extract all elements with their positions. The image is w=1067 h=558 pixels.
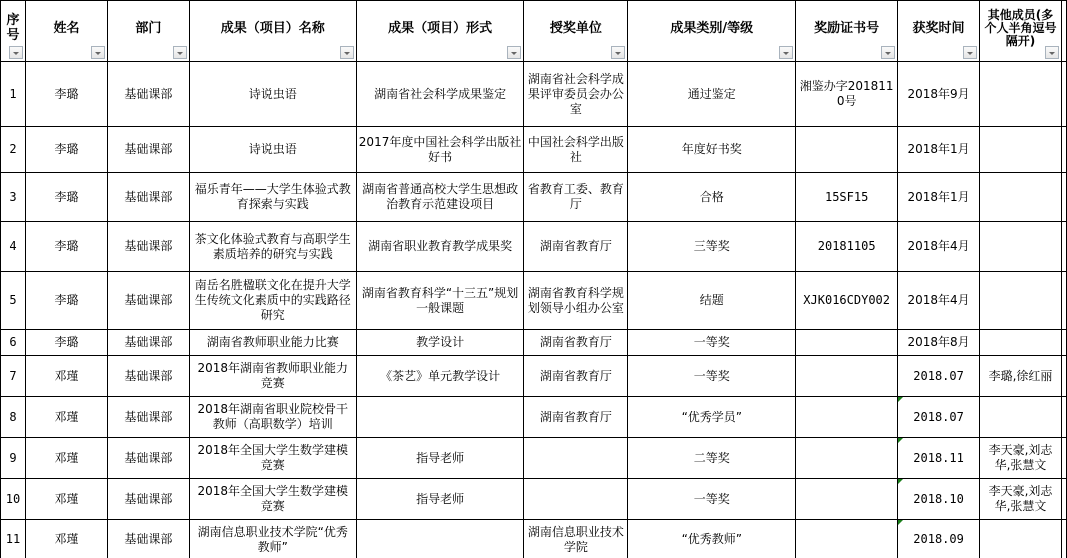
cell-cert[interactable]: 20181105 [796, 222, 898, 272]
cell-value: 2017年度中国社会科学出版社好书 [359, 135, 522, 164]
cell-value: 通过鉴定 [688, 87, 736, 101]
cell-value: 湘鉴办字2018110号 [800, 79, 894, 108]
cell-members[interactable]: 李天豪,刘志华,张慧文 [980, 479, 1062, 520]
cell-value: 基础课部 [124, 335, 172, 349]
column-header-label: 成果（项目）名称 [192, 21, 354, 42]
cell-value: 教学设计 [416, 335, 464, 349]
cell-seq[interactable]: 11 [1, 520, 26, 558]
cell-value: 1 [9, 87, 16, 101]
cell-cert[interactable] [796, 330, 898, 356]
cell-issuer[interactable]: 湖南省教育厅 [524, 222, 628, 272]
cell-category[interactable]: 一等奖 [628, 356, 796, 397]
table-row: 1李璐基础课部诗说虫语湖南省社会科学成果鉴定湖南省社会科学成果评审委员会办公室通… [1, 62, 1067, 127]
cell-value: 结题 [700, 293, 724, 307]
cell-dept[interactable]: 基础课部 [107, 356, 189, 397]
column-header-seq[interactable]: 序号 [1, 1, 26, 62]
cell-category[interactable]: 三等奖 [628, 222, 796, 272]
cell-category[interactable]: 通过鉴定 [628, 62, 796, 127]
cell-value: 基础课部 [124, 451, 172, 465]
cell-date[interactable]: 2018年4月 [898, 272, 980, 330]
cell-value: 指导老师 [416, 492, 464, 506]
cell-value: 李天豪,刘志华,张慧文 [989, 443, 1053, 472]
cell-name[interactable]: 邓瑾 [25, 397, 107, 438]
cell-value: 7 [9, 369, 16, 383]
green-triangle-flag-icon [898, 479, 903, 484]
cell-form[interactable]: 2017年度中国社会科学出版社好书 [356, 127, 524, 173]
column-header-label: 部门 [110, 21, 187, 42]
cell-category[interactable]: 结题 [628, 272, 796, 330]
cell-form[interactable]: 指导老师 [356, 438, 524, 479]
cell-dept[interactable]: 基础课部 [107, 330, 189, 356]
table-row: 6李璐基础课部湖南省教师职业能力比赛教学设计湖南省教育厅一等奖2018年8月 [1, 330, 1067, 356]
cell-value: 湖南省教育厅 [540, 335, 612, 349]
empty-cell[interactable] [1061, 479, 1066, 520]
cell-value: 邓瑾 [54, 451, 78, 465]
cell-title[interactable]: 诗说虫语 [189, 127, 356, 173]
table-row: 10邓瑾基础课部2018年全国大学生数学建模竞赛指导老师一等奖2018.10李天… [1, 479, 1067, 520]
filter-dropdown-icon[interactable] [611, 46, 625, 59]
cell-cert[interactable] [796, 356, 898, 397]
cell-issuer[interactable]: 湖南省教育厅 [524, 356, 628, 397]
cell-value: 一等奖 [694, 492, 730, 506]
cell-category[interactable]: “优秀学员” [628, 397, 796, 438]
cell-dept[interactable]: 基础课部 [107, 438, 189, 479]
cell-value: “优秀教师” [682, 532, 742, 546]
cell-value: 李璐 [54, 293, 78, 307]
filter-dropdown-icon[interactable] [963, 46, 977, 59]
cell-seq[interactable]: 2 [1, 127, 26, 173]
cell-value: 2018.09 [913, 532, 964, 546]
cell-seq[interactable]: 10 [1, 479, 26, 520]
cell-value: 邓瑾 [54, 369, 78, 383]
cell-name[interactable]: 李璐 [25, 272, 107, 330]
column-header-form[interactable]: 成果（项目）形式 [356, 1, 524, 62]
cell-title[interactable]: 福乐青年——大学生体验式教育探索与实践 [189, 173, 356, 222]
cell-value: 15SF15 [825, 190, 868, 204]
green-triangle-flag-icon [898, 397, 903, 402]
cell-value: 湖南省教育厅 [540, 239, 612, 253]
cell-name[interactable]: 邓瑾 [25, 479, 107, 520]
empty-column-header[interactable] [1061, 1, 1066, 62]
cell-value: 基础课部 [124, 293, 172, 307]
cell-value: 湖南省普通高校大学生思想政治教育示范建设项目 [362, 182, 518, 211]
cell-dept[interactable]: 基础课部 [107, 127, 189, 173]
cell-issuer[interactable] [524, 479, 628, 520]
cell-value: 南岳名胜楹联文化在提升大学生传统文化素质中的实践路径研究 [195, 278, 351, 322]
empty-cell[interactable] [1061, 330, 1066, 356]
cell-value: 湖南省职业教育教学成果奖 [368, 239, 512, 253]
cell-seq[interactable]: 8 [1, 397, 26, 438]
cell-category[interactable]: 二等奖 [628, 438, 796, 479]
cell-value: 基础课部 [124, 87, 172, 101]
cell-members[interactable] [980, 520, 1062, 558]
cell-value: 李璐 [54, 190, 78, 204]
cell-value: 基础课部 [124, 492, 172, 506]
cell-name[interactable]: 李璐 [25, 173, 107, 222]
cell-cert[interactable] [796, 127, 898, 173]
cell-value: 中国社会科学出版社 [528, 135, 624, 164]
cell-issuer[interactable]: 中国社会科学出版社 [524, 127, 628, 173]
empty-cell[interactable] [1061, 272, 1066, 330]
cell-name[interactable]: 邓瑾 [25, 438, 107, 479]
cell-seq[interactable]: 3 [1, 173, 26, 222]
cell-value: 2018.07 [913, 369, 964, 383]
cell-value: 20181105 [818, 239, 876, 253]
cell-value: 2018年4月 [907, 293, 969, 307]
cell-value: 诗说虫语 [249, 142, 297, 156]
column-header-date[interactable]: 获奖时间 [898, 1, 980, 62]
cell-form[interactable]: 湖南省职业教育教学成果奖 [356, 222, 524, 272]
cell-issuer[interactable] [524, 438, 628, 479]
cell-value: 11 [6, 532, 20, 546]
cell-category[interactable]: 年度好书奖 [628, 127, 796, 173]
empty-cell[interactable] [1061, 222, 1066, 272]
cell-seq[interactable]: 9 [1, 438, 26, 479]
cell-seq[interactable]: 7 [1, 356, 26, 397]
cell-value: 李璐 [54, 335, 78, 349]
table-row: 3李璐基础课部福乐青年——大学生体验式教育探索与实践湖南省普通高校大学生思想政治… [1, 173, 1067, 222]
column-header-label: 获奖时间 [900, 21, 977, 42]
cell-title[interactable]: 2018年全国大学生数学建模竞赛 [189, 438, 356, 479]
cell-seq[interactable]: 6 [1, 330, 26, 356]
cell-issuer[interactable]: 省教育工委、教育厅 [524, 173, 628, 222]
column-header-label: 姓名 [28, 21, 105, 42]
cell-date[interactable]: 2018.07 [898, 356, 980, 397]
cell-value: 2018.11 [913, 451, 964, 465]
cell-cert[interactable] [796, 438, 898, 479]
cell-value: 2018.10 [913, 492, 964, 506]
cell-value: 二等奖 [694, 451, 730, 465]
table-row: 11邓瑾基础课部湖南信息职业技术学院“优秀教师”湖南信息职业技术学院“优秀教师”… [1, 520, 1067, 558]
cell-value: 省教育工委、教育厅 [528, 182, 624, 211]
cell-form[interactable]: 《茶艺》单元教学设计 [356, 356, 524, 397]
cell-title[interactable]: 诗说虫语 [189, 62, 356, 127]
cell-issuer[interactable]: 湖南省教育厅 [524, 330, 628, 356]
green-triangle-flag-icon [898, 520, 903, 525]
column-header-name[interactable]: 姓名 [25, 1, 107, 62]
cell-value: 指导老师 [416, 451, 464, 465]
cell-seq[interactable]: 5 [1, 272, 26, 330]
cell-title[interactable]: 2018年湖南省职业院校骨干教师（高职数学）培训 [189, 397, 356, 438]
cell-value: 年度好书奖 [682, 142, 742, 156]
filter-dropdown-icon[interactable] [1045, 46, 1059, 59]
cell-dept[interactable]: 基础课部 [107, 397, 189, 438]
cell-value: 李璐 [54, 239, 78, 253]
cell-value: 8 [9, 410, 16, 424]
cell-value: 李璐 [54, 142, 78, 156]
empty-cell[interactable] [1061, 356, 1066, 397]
cell-date[interactable]: 2018年1月 [898, 173, 980, 222]
cell-category[interactable]: “优秀教师” [628, 520, 796, 558]
cell-members[interactable] [980, 330, 1062, 356]
cell-value: 2018年湖南省教师职业能力竞赛 [197, 361, 348, 390]
cell-form[interactable]: 教学设计 [356, 330, 524, 356]
cell-name[interactable]: 李璐 [25, 222, 107, 272]
cell-date[interactable]: 2018.09 [898, 520, 980, 558]
cell-dept[interactable]: 基础课部 [107, 62, 189, 127]
green-triangle-flag-icon [898, 438, 903, 443]
cell-form[interactable] [356, 397, 524, 438]
cell-members[interactable] [980, 397, 1062, 438]
cell-members[interactable] [980, 127, 1062, 173]
cell-value: 2018.07 [913, 410, 964, 424]
cell-issuer[interactable]: 湖南省教育科学规划领导小组办公室 [524, 272, 628, 330]
cell-dept[interactable]: 基础课部 [107, 173, 189, 222]
cell-dept[interactable]: 基础课部 [107, 520, 189, 558]
table-row: 7邓瑾基础课部2018年湖南省教师职业能力竞赛《茶艺》单元教学设计湖南省教育厅一… [1, 356, 1067, 397]
empty-cell[interactable] [1061, 520, 1066, 558]
cell-value: 李璐 [54, 87, 78, 101]
cell-value: 2018年全国大学生数学建模竞赛 [197, 443, 348, 472]
cell-members[interactable] [980, 173, 1062, 222]
cell-value: 5 [9, 293, 16, 307]
filter-dropdown-icon[interactable] [779, 46, 793, 59]
filter-dropdown-icon[interactable] [881, 46, 895, 59]
cell-value: 湖南省社会科学成果鉴定 [374, 87, 506, 101]
column-header-label: 成果类别/等级 [630, 21, 793, 42]
column-header-cert[interactable]: 奖励证书号 [796, 1, 898, 62]
cell-dept[interactable]: 基础课部 [107, 479, 189, 520]
cell-value: 2018年4月 [907, 239, 969, 253]
cell-value: 3 [9, 190, 16, 204]
table-row: 9邓瑾基础课部2018年全国大学生数学建模竞赛指导老师二等奖2018.11李天豪… [1, 438, 1067, 479]
cell-name[interactable]: 李璐 [25, 330, 107, 356]
cell-dept[interactable]: 基础课部 [107, 272, 189, 330]
cell-value: 基础课部 [124, 190, 172, 204]
cell-date[interactable]: 2018年8月 [898, 330, 980, 356]
filter-dropdown-icon[interactable] [91, 46, 105, 59]
column-header-members[interactable]: 其他成员(多个人半角逗号隔开) [980, 1, 1062, 62]
cell-value: 2018年1月 [907, 142, 969, 156]
table-row: 8邓瑾基础课部2018年湖南省职业院校骨干教师（高职数学）培训湖南省教育厅“优秀… [1, 397, 1067, 438]
empty-cell[interactable] [1061, 397, 1066, 438]
cell-issuer[interactable]: 湖南信息职业技术学院 [524, 520, 628, 558]
table-row: 2李璐基础课部诗说虫语2017年度中国社会科学出版社好书中国社会科学出版社年度好… [1, 127, 1067, 173]
cell-members[interactable] [980, 62, 1062, 127]
spreadsheet-table: 序号姓名部门成果（项目）名称成果（项目）形式授奖单位成果类别/等级奖励证书号获奖… [0, 0, 1067, 558]
empty-cell[interactable] [1061, 62, 1066, 127]
table-row: 4李璐基础课部茶文化体验式教育与高职学生素质培养的研究与实践湖南省职业教育教学成… [1, 222, 1067, 272]
cell-form[interactable]: 湖南省社会科学成果鉴定 [356, 62, 524, 127]
cell-value: 基础课部 [124, 142, 172, 156]
cell-form[interactable]: 指导老师 [356, 479, 524, 520]
filter-dropdown-icon[interactable] [9, 46, 23, 59]
cell-value: 基础课部 [124, 410, 172, 424]
cell-name[interactable]: 邓瑾 [25, 520, 107, 558]
cell-value: 湖南省教育科学规划领导小组办公室 [528, 286, 624, 315]
cell-value: 10 [6, 492, 20, 506]
cell-title[interactable]: 湖南省教师职业能力比赛 [189, 330, 356, 356]
cell-date[interactable]: 2018.11 [898, 438, 980, 479]
cell-value: 2018年湖南省职业院校骨干教师（高职数学）培训 [197, 402, 348, 431]
cell-title[interactable]: 湖南信息职业技术学院“优秀教师” [189, 520, 356, 558]
cell-value: 湖南省教育厅 [540, 369, 612, 383]
cell-value: 湖南省社会科学成果评审委员会办公室 [528, 72, 624, 116]
column-header-label: 奖励证书号 [798, 21, 895, 42]
cell-value: 一等奖 [694, 335, 730, 349]
column-header-label: 成果（项目）形式 [359, 21, 522, 42]
cell-members[interactable] [980, 272, 1062, 330]
cell-value: 基础课部 [124, 532, 172, 546]
cell-cert[interactable]: 15SF15 [796, 173, 898, 222]
column-header-issuer[interactable]: 授奖单位 [524, 1, 628, 62]
filter-dropdown-icon[interactable] [507, 46, 521, 59]
cell-value: 基础课部 [124, 369, 172, 383]
cell-value: 李天豪,刘志华,张慧文 [989, 484, 1053, 513]
cell-issuer[interactable]: 湖南省教育厅 [524, 397, 628, 438]
cell-cert[interactable] [796, 397, 898, 438]
cell-cert[interactable]: 湘鉴办字2018110号 [796, 62, 898, 127]
cell-category[interactable]: 一等奖 [628, 330, 796, 356]
cell-name[interactable]: 李璐 [25, 127, 107, 173]
cell-value: 湖南信息职业技术学院 [528, 525, 624, 554]
empty-cell[interactable] [1061, 127, 1066, 173]
cell-value: 福乐青年——大学生体验式教育探索与实践 [195, 182, 351, 211]
cell-value: 一等奖 [694, 369, 730, 383]
cell-value: 邓瑾 [54, 492, 78, 506]
cell-value: 湖南省教育厅 [540, 410, 612, 424]
column-header-label: 序号 [3, 13, 23, 49]
cell-value: 湖南省教育科学“十三五”规划一般课题 [362, 286, 518, 315]
cell-form[interactable]: 湖南省教育科学“十三五”规划一般课题 [356, 272, 524, 330]
cell-value: 4 [9, 239, 16, 253]
cell-date[interactable]: 2018.10 [898, 479, 980, 520]
cell-dept[interactable]: 基础课部 [107, 222, 189, 272]
filter-dropdown-icon[interactable] [340, 46, 354, 59]
cell-cert[interactable] [796, 520, 898, 558]
cell-members[interactable]: 李璐,徐红丽 [980, 356, 1062, 397]
column-header-title[interactable]: 成果（项目）名称 [189, 1, 356, 62]
header-row: 序号姓名部门成果（项目）名称成果（项目）形式授奖单位成果类别/等级奖励证书号获奖… [1, 1, 1067, 62]
empty-cell[interactable] [1061, 438, 1066, 479]
cell-value: 2 [9, 142, 16, 156]
column-header-category[interactable]: 成果类别/等级 [628, 1, 796, 62]
cell-value: 2018年全国大学生数学建模竞赛 [197, 484, 348, 513]
cell-value: 6 [9, 335, 16, 349]
cell-cert[interactable] [796, 479, 898, 520]
cell-name[interactable]: 邓瑾 [25, 356, 107, 397]
cell-members[interactable] [980, 222, 1062, 272]
cell-title[interactable]: 2018年全国大学生数学建模竞赛 [189, 479, 356, 520]
cell-form[interactable]: 湖南省普通高校大学生思想政治教育示范建设项目 [356, 173, 524, 222]
cell-value: 合格 [700, 190, 724, 204]
cell-seq[interactable]: 4 [1, 222, 26, 272]
cell-value: 湖南信息职业技术学院“优秀教师” [198, 525, 348, 554]
cell-value: 2018年1月 [907, 190, 969, 204]
cell-title[interactable]: 南岳名胜楹联文化在提升大学生传统文化素质中的实践路径研究 [189, 272, 356, 330]
column-header-label: 授奖单位 [526, 21, 625, 42]
cell-value: “优秀学员” [682, 410, 742, 424]
empty-cell[interactable] [1061, 173, 1066, 222]
cell-value: 2018年8月 [907, 335, 969, 349]
cell-name[interactable]: 李璐 [25, 62, 107, 127]
cell-seq[interactable]: 1 [1, 62, 26, 127]
cell-category[interactable]: 合格 [628, 173, 796, 222]
cell-value: 9 [9, 451, 16, 465]
cell-value: 《茶艺》单元教学设计 [380, 369, 500, 383]
cell-value: 诗说虫语 [249, 87, 297, 101]
filter-dropdown-icon[interactable] [173, 46, 187, 59]
cell-value: 李璐,徐红丽 [989, 369, 1053, 383]
column-header-dept[interactable]: 部门 [107, 1, 189, 62]
cell-value: 茶文化体验式教育与高职学生素质培养的研究与实践 [195, 232, 351, 261]
cell-date[interactable]: 2018年1月 [898, 127, 980, 173]
cell-date[interactable]: 2018年9月 [898, 62, 980, 127]
cell-cert[interactable]: XJK016CDY002 [796, 272, 898, 330]
table-row: 5李璐基础课部南岳名胜楹联文化在提升大学生传统文化素质中的实践路径研究湖南省教育… [1, 272, 1067, 330]
cell-value: 基础课部 [124, 239, 172, 253]
cell-issuer[interactable]: 湖南省社会科学成果评审委员会办公室 [524, 62, 628, 127]
cell-form[interactable] [356, 520, 524, 558]
cell-title[interactable]: 茶文化体验式教育与高职学生素质培养的研究与实践 [189, 222, 356, 272]
cell-value: 邓瑾 [54, 532, 78, 546]
cell-value: 2018年9月 [907, 87, 969, 101]
cell-value: 湖南省教师职业能力比赛 [207, 335, 339, 349]
cell-date[interactable]: 2018年4月 [898, 222, 980, 272]
cell-value: 三等奖 [694, 239, 730, 253]
cell-members[interactable]: 李天豪,刘志华,张慧文 [980, 438, 1062, 479]
cell-date[interactable]: 2018.07 [898, 397, 980, 438]
cell-value: XJK016CDY002 [803, 293, 890, 307]
cell-title[interactable]: 2018年湖南省教师职业能力竞赛 [189, 356, 356, 397]
cell-category[interactable]: 一等奖 [628, 479, 796, 520]
cell-value: 邓瑾 [54, 410, 78, 424]
